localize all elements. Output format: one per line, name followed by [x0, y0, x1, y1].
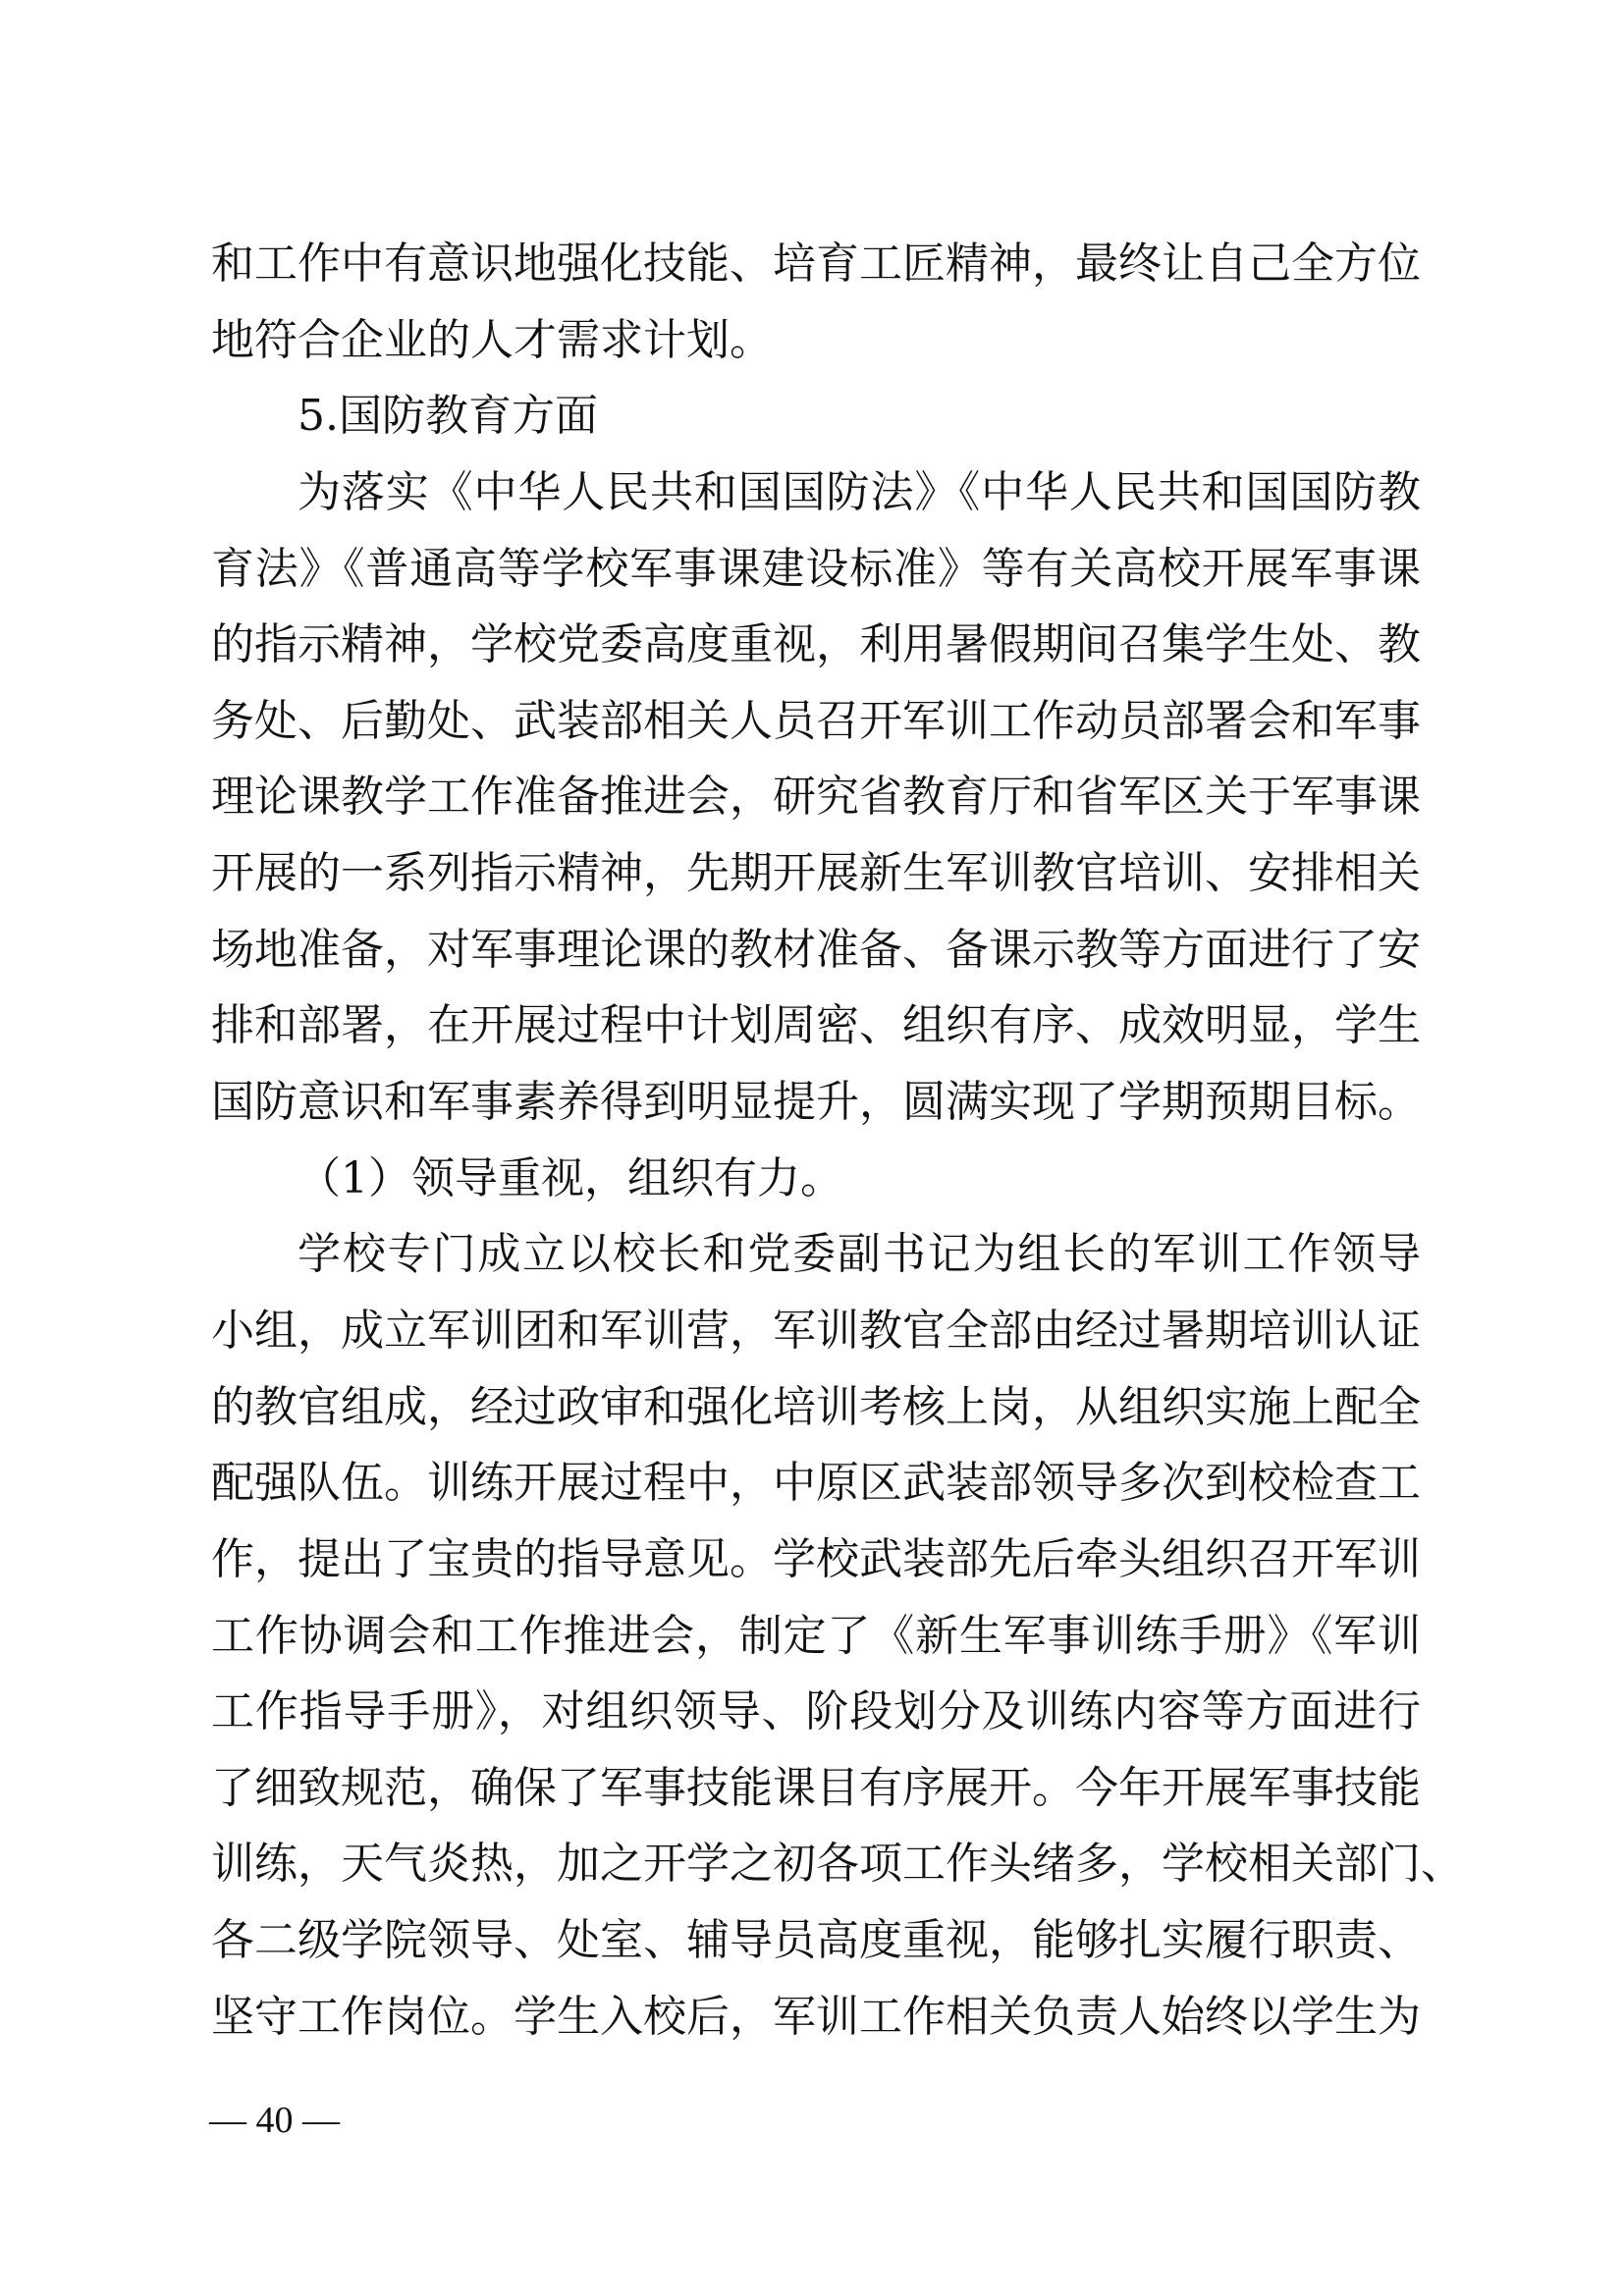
text-line: 作，提出了宝贵的指导意见。学校武装部先后牵头组织召开军训 [211, 1527, 1421, 1604]
text-line: 小组，成立军训团和军训营，军训教官全部由经过暑期培训认证 [211, 1299, 1421, 1375]
text-line: 配强队伍。训练开展过程中，中原区武装部领导多次到校检查工 [211, 1451, 1421, 1527]
text-line: 和工作中有意识地强化技能、培育工匠精神，最终让自己全方位 [211, 232, 1421, 308]
page-number: — 40 — [209, 2099, 340, 2142]
section-heading: 5.国防教育方面 [211, 384, 1421, 460]
text-line: 了细致规范，确保了军事技能课目有序展开。今年开展军事技能 [211, 1756, 1421, 1833]
subsection-heading: （1）领导重视，组织有力。 [211, 1147, 1421, 1223]
text-line: 训练，天气炎热，加之开学之初各项工作头绪多，学校相关部门、 [211, 1832, 1421, 1908]
text-line: 工作指导手册》，对组织领导、阶段划分及训练内容等方面进行 [211, 1680, 1421, 1756]
text-line: 坚守工作岗位。学生入校后，军训工作相关负责人始终以学生为 [211, 1985, 1421, 2061]
text-line: 国防意识和军事素养得到明显提升，圆满实现了学期预期目标。 [211, 1070, 1421, 1147]
paragraph-start-line: 为落实《中华人民共和国国防法》《中华人民共和国国防教 [211, 460, 1421, 537]
document-page: 和工作中有意识地强化技能、培育工匠精神，最终让自己全方位 地符合企业的人才需求计… [0, 0, 1624, 2296]
text-line: 场地准备，对军事理论课的教材准备、备课示教等方面进行了安 [211, 918, 1421, 994]
text-line: 务处、后勤处、武装部相关人员召开军训工作动员部署会和军事 [211, 689, 1421, 766]
body-text: 和工作中有意识地强化技能、培育工匠精神，最终让自己全方位 地符合企业的人才需求计… [211, 232, 1421, 2060]
text-line: 工作协调会和工作推进会，制定了《新生军事训练手册》《军训 [211, 1604, 1421, 1681]
text-line: 各二级学院领导、处室、辅导员高度重视，能够扎实履行职责、 [211, 1908, 1421, 1985]
text-line: 地符合企业的人才需求计划。 [211, 308, 1421, 385]
text-line: 育法》《普通高等学校军事课建设标准》等有关高校开展军事课 [211, 537, 1421, 614]
text-line: 的指示精神，学校党委高度重视，利用暑假期间召集学生处、教 [211, 613, 1421, 689]
text-line: 排和部署，在开展过程中计划周密、组织有序、成效明显，学生 [211, 993, 1421, 1070]
text-line: 的教官组成，经过政审和强化培训考核上岗，从组织实施上配全 [211, 1375, 1421, 1452]
paragraph-start-line: 学校专门成立以校长和党委副书记为组长的军训工作领导 [211, 1222, 1421, 1299]
text-line: 开展的一系列指示精神，先期开展新生军训教官培训、安排相关 [211, 841, 1421, 918]
text-line: 理论课教学工作准备推进会，研究省教育厅和省军区关于军事课 [211, 765, 1421, 841]
